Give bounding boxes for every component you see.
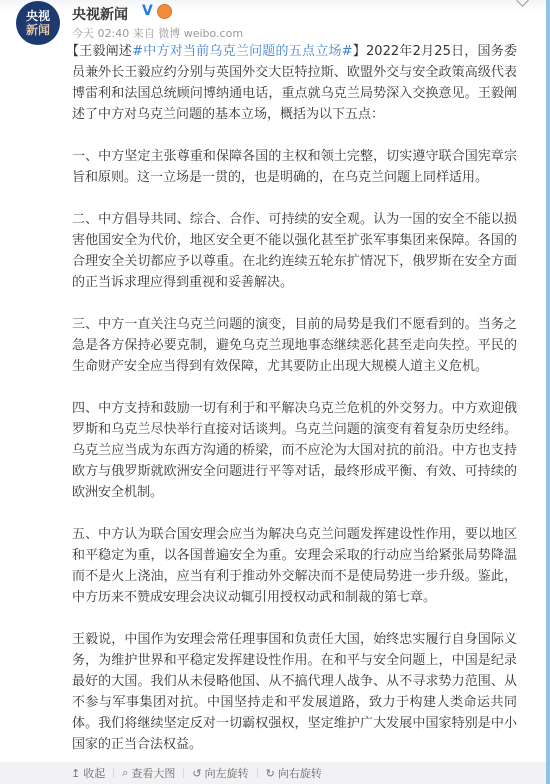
post-time[interactable]: 今天 02:40 xyxy=(72,27,129,40)
toolbar-divider xyxy=(113,768,114,778)
rotate-right-button[interactable]: ↻ 向右旋转 xyxy=(266,765,322,781)
rotate-left-icon: ↺ xyxy=(192,767,201,780)
lead-paragraph: 【王毅阐述#中方对当前乌克兰问题的五点立场#】2022年2月25日，国务委员兼外… xyxy=(72,41,517,125)
avatar-text-bottom: 新闻 xyxy=(26,23,50,37)
image-toolbar: ↥ 收起 ⌕ 查看大图 ↺ 向左旋转 ↻ 向右旋转 xyxy=(0,762,546,784)
hashtag-link[interactable]: #中方对当前乌克兰问题的五点立场# xyxy=(132,44,352,59)
lead-title: 【王毅阐述 xyxy=(66,44,132,59)
weibo-post-card: 央视 新闻 央视新闻 V 今天 02:40 来自 微博 weibo.com 【王… xyxy=(0,0,546,784)
panel-right-border xyxy=(546,0,550,784)
verified-v-icon: V xyxy=(142,4,156,18)
medal-badge-icon xyxy=(157,4,172,19)
collapse-label: 收起 xyxy=(83,765,105,781)
collapse-up-icon: ↥ xyxy=(71,767,80,780)
avatar[interactable]: 央视 新闻 xyxy=(16,1,60,45)
avatar-text-top: 央视 xyxy=(26,9,50,23)
rotate-right-label: 向右旋转 xyxy=(278,765,322,781)
author-name[interactable]: 央视新闻 xyxy=(72,4,128,24)
search-icon: ⌕ xyxy=(122,766,128,780)
paragraph-point-2: 二、中方倡导共同、综合、合作、可持续的安全观。认为一国的安全不能以损害他国安全为… xyxy=(72,209,517,293)
post-meta: 今天 02:40 来自 微博 weibo.com xyxy=(72,25,243,41)
rotate-left-button[interactable]: ↺ 向左旋转 xyxy=(192,765,248,781)
post-body: 【王毅阐述#中方对当前乌克兰问题的五点立场#】2022年2月25日，国务委员兼外… xyxy=(72,41,517,776)
post-source[interactable]: 微博 weibo.com xyxy=(158,27,243,40)
toolbar-divider xyxy=(183,768,184,778)
source-prefix: 来自 xyxy=(133,27,155,40)
rotate-right-icon: ↻ xyxy=(266,767,275,780)
paragraph-conclusion: 王毅说，中国作为安理会常任理事国和负责任大国，始终忠实履行自身国际义务，为维护世… xyxy=(72,629,517,755)
paragraph-point-1: 一、中方坚定主张尊重和保障各国的主权和领土完整，切实遵守联合国宪章宗旨和原则。这… xyxy=(72,146,517,188)
paragraph-point-5: 五、中方认为联合国安理会应当为解决乌克兰问题发挥建设性作用，要以地区和平稳定为重… xyxy=(72,524,517,608)
collapse-button[interactable]: ↥ 收起 xyxy=(71,765,105,781)
paragraph-point-3: 三、中方一直关注乌克兰问题的演变，目前的局势是我们不愿看到的。当务之急是各方保持… xyxy=(72,314,517,377)
view-large-label: 查看大图 xyxy=(131,765,175,781)
rotate-left-label: 向左旋转 xyxy=(205,765,249,781)
view-large-button[interactable]: ⌕ 查看大图 xyxy=(122,765,175,781)
toolbar-divider xyxy=(257,768,258,778)
paragraph-point-4: 四、中方支持和鼓励一切有利于和平解决乌克兰危机的外交努力。中方欢迎俄罗斯和乌克兰… xyxy=(72,398,517,503)
